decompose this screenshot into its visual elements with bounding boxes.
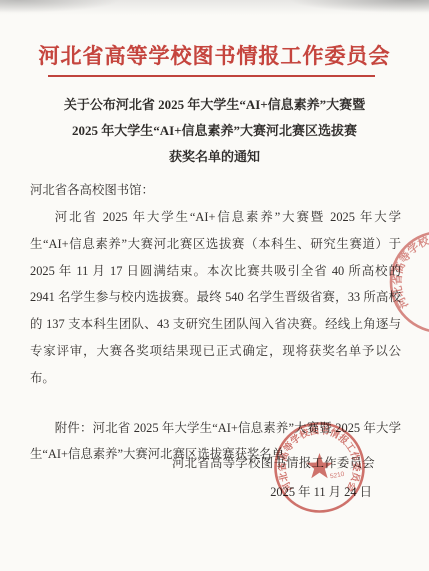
subject-title: 关于公布河北省 2025 年大学生“AI+信息素养”大赛暨 2025 年大学生“… bbox=[0, 92, 429, 170]
seal-code: 5210 bbox=[330, 471, 346, 480]
subject-line-3: 获奖名单的通知 bbox=[0, 144, 429, 170]
subject-line-1: 关于公布河北省 2025 年大学生“AI+信息素养”大赛暨 bbox=[0, 92, 429, 118]
official-seal: 河北省高等学校图书情报工作委员会 5210 bbox=[272, 420, 367, 515]
edge-seal-partial: 河北省高等学校图书情报工作委员会 bbox=[386, 222, 429, 342]
body-paragraph: 河北省 2025 年大学生“AI+信息素养”大赛暨 2025 年大学生“AI+信… bbox=[30, 204, 401, 392]
salutation: 河北省各高校图书馆： bbox=[30, 177, 401, 204]
scan-smudge-top-right bbox=[289, 0, 429, 13]
scan-smudge-top-left bbox=[0, 0, 120, 13]
document-page: 河北省高等学校图书情报工作委员会 关于公布河北省 2025 年大学生“AI+信息… bbox=[0, 0, 429, 571]
letterhead-title: 河北省高等学校图书情报工作委员会 bbox=[0, 40, 429, 70]
letterhead-divider bbox=[48, 75, 375, 77]
subject-line-2: 2025 年大学生“AI+信息素养”大赛河北赛区选拔赛 bbox=[0, 118, 429, 144]
